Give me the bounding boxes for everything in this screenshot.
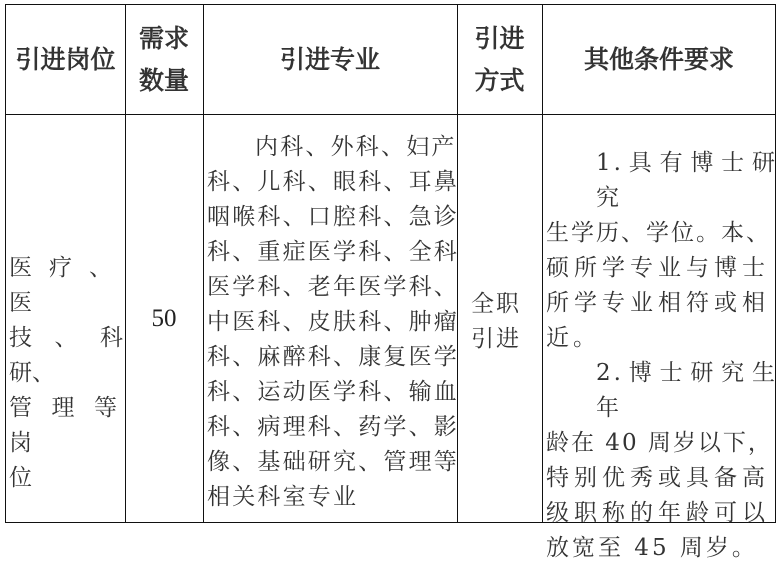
requirement-line: 龄在 40 周岁以下， <box>546 426 778 461</box>
majors-line: 科、运动医学科、输血 <box>207 375 459 410</box>
cell-requirements: 1.具有博士研究 生学历、学位。本、 硕所学专业与博士 所学专业相符或相 近。 … <box>546 146 778 529</box>
header-requirements: 其他条件要求 <box>542 5 776 114</box>
majors-line: 科、重症医学科、全科 <box>207 235 459 270</box>
requirement-line: 所学专业相符或相 <box>546 286 778 321</box>
position-line: 管理等岗 <box>9 391 123 461</box>
requirement-line: 2.博士研究生年 <box>546 356 778 426</box>
header-method: 引进 方式 <box>457 5 542 114</box>
requirement-item-1: 1.具有博士研究 生学历、学位。本、 硕所学专业与博士 所学专业相符或相 近。 <box>546 146 778 356</box>
majors-line: 科、麻醉科、康复医学 <box>207 340 459 375</box>
header-divider <box>6 114 775 115</box>
majors-line: 医学科、老年医学科、 <box>207 270 459 305</box>
header-method-line-1: 引进 <box>474 18 524 60</box>
requirement-line: 级职称的年龄可以 <box>546 496 778 529</box>
position-line: 位 <box>9 461 123 496</box>
header-quantity-line-2: 数量 <box>139 60 189 102</box>
majors-line: 相关科室专业 <box>207 480 459 515</box>
requirement-item-2: 2.博士研究生年 龄在 40 周岁以下， 特别优秀或具备高 级职称的年龄可以 放… <box>546 356 778 529</box>
requirement-line: 特别优秀或具备高 <box>546 461 778 496</box>
requirement-line: 近。 <box>546 321 778 356</box>
header-majors-label: 引进专业 <box>280 39 380 81</box>
header-position: 引进岗位 <box>6 5 125 114</box>
majors-line: 科、病理科、药学、影 <box>207 410 459 445</box>
position-line: 医疗、医 <box>9 251 123 321</box>
cell-majors: 内科、外科、妇产 科、儿科、眼科、耳鼻 咽喉科、口腔科、急诊 科、重症医学科、全… <box>207 130 459 515</box>
cell-quantity: 50 <box>125 114 203 523</box>
header-requirements-label: 其他条件要求 <box>584 39 734 81</box>
requirement-line: 1.具有博士研究 <box>546 146 778 216</box>
recruitment-table: 引进岗位 需求 数量 引进专业 引进 方式 其他条件要求 医疗、医 技、科研、 … <box>5 4 776 523</box>
majors-line: 中医科、皮肤科、肿瘤 <box>207 305 459 340</box>
position-line: 技、科研、 <box>9 321 123 391</box>
majors-line: 像、基础研究、管理等 <box>207 445 459 480</box>
quantity-value: 50 <box>152 305 177 333</box>
majors-line: 科、儿科、眼科、耳鼻 <box>207 165 459 200</box>
majors-line: 咽喉科、口腔科、急诊 <box>207 200 459 235</box>
header-quantity: 需求 数量 <box>125 5 203 114</box>
majors-line: 内科、外科、妇产 <box>207 130 459 165</box>
method-line: 全职 <box>471 287 541 322</box>
header-method-line-2: 方式 <box>474 60 524 102</box>
requirement-line: 生学历、学位。本、 <box>546 216 778 251</box>
header-majors: 引进专业 <box>203 5 457 114</box>
cell-method: 全职 引进 <box>471 287 541 357</box>
header-quantity-line-1: 需求 <box>139 18 189 60</box>
cell-position: 医疗、医 技、科研、 管理等岗 位 <box>9 251 123 496</box>
requirement-line: 硕所学专业与博士 <box>546 251 778 286</box>
header-position-label: 引进岗位 <box>15 39 115 81</box>
method-line: 引进 <box>471 322 541 357</box>
